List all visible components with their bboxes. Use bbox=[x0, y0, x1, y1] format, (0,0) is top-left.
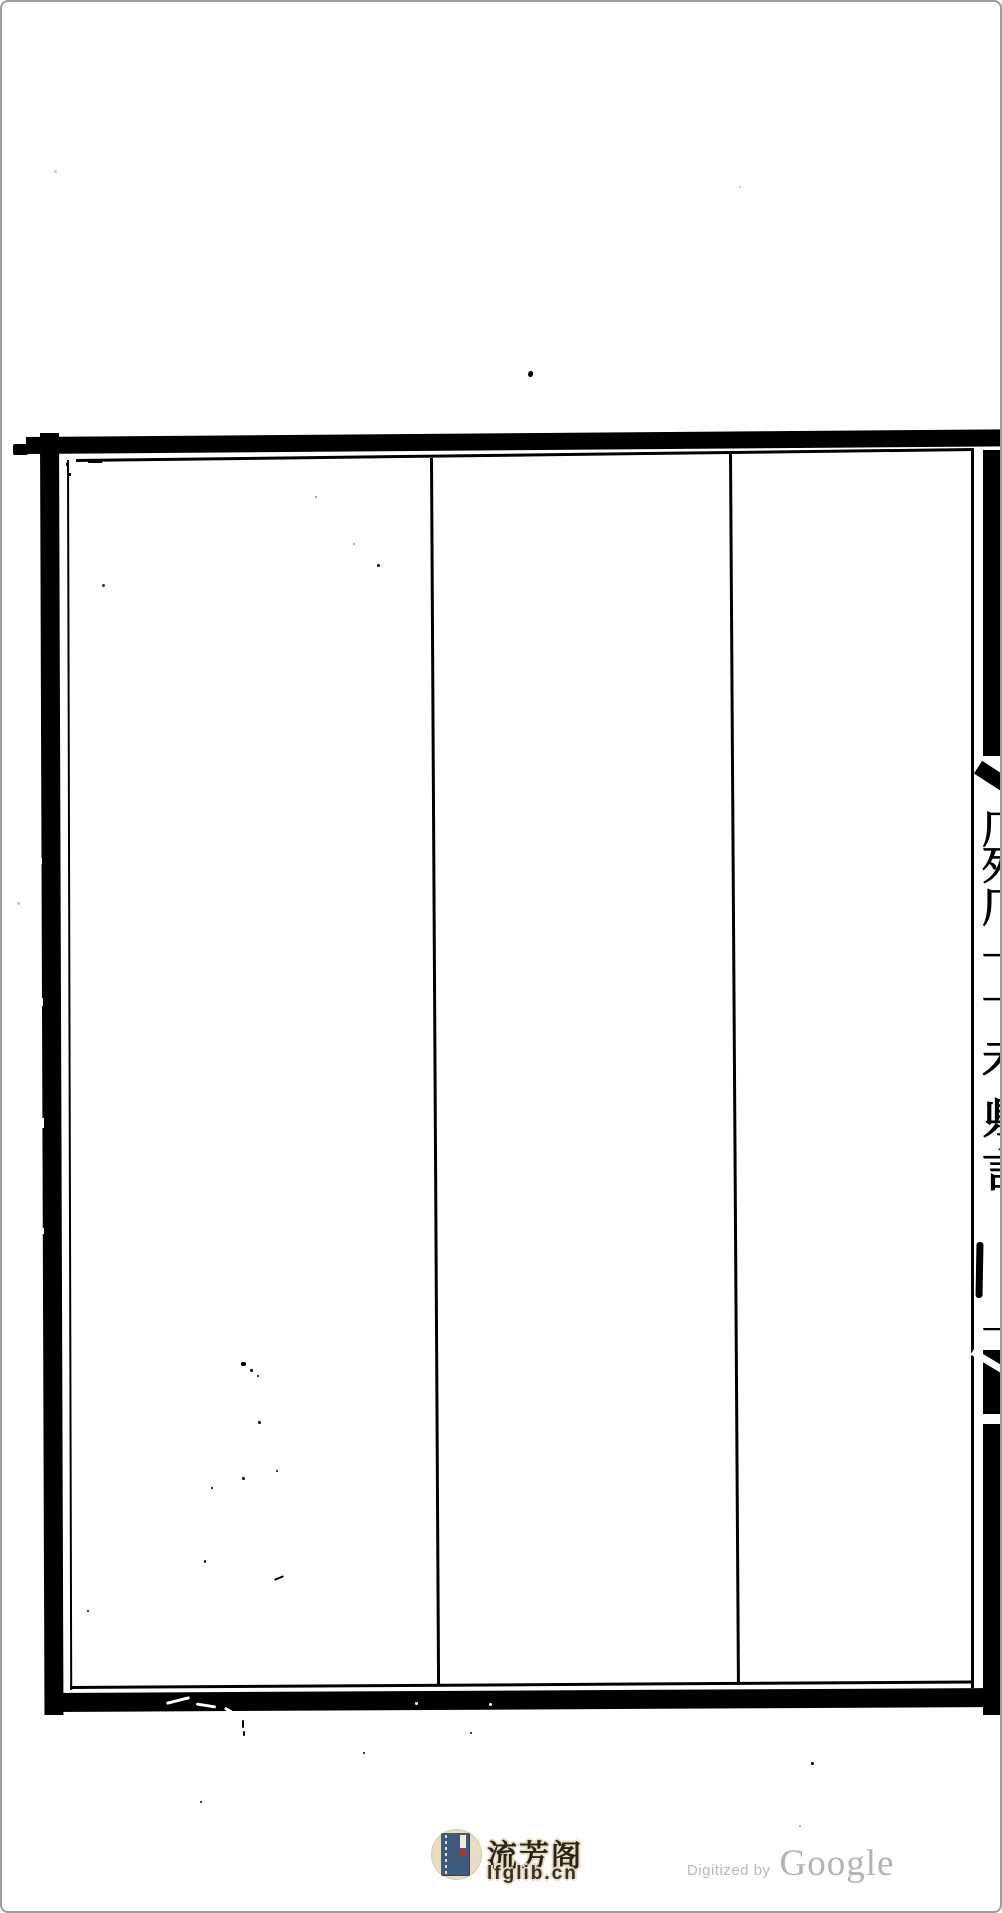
book-stitch-decoration bbox=[445, 1835, 447, 1874]
clipped-glyph: 一 bbox=[982, 1314, 1002, 1350]
dust-speck bbox=[242, 1720, 244, 1728]
ink-dot bbox=[69, 473, 71, 476]
column-divider bbox=[430, 458, 440, 1686]
dust-speck bbox=[102, 584, 105, 587]
watermark-badge-circle bbox=[431, 1829, 482, 1880]
white-notch bbox=[40, 998, 43, 1006]
dust-speck bbox=[54, 170, 57, 173]
white-scratch bbox=[489, 1703, 492, 1706]
frame-bottom-border bbox=[48, 1688, 1002, 1712]
white-notch bbox=[40, 858, 42, 864]
credit-prefix-text: Digitized by bbox=[687, 1862, 771, 1879]
ink-dash bbox=[88, 461, 102, 463]
dust-speck bbox=[200, 1801, 202, 1803]
inner-frame-line-left bbox=[67, 460, 72, 1690]
digitized-by-credit: Digitized by Google bbox=[687, 1845, 894, 1882]
dust-speck bbox=[739, 186, 741, 188]
dust-speck bbox=[276, 1470, 278, 1472]
frame-left-border bbox=[40, 433, 63, 1715]
inner-frame-line-right bbox=[971, 451, 974, 1688]
dust-speck bbox=[363, 1752, 365, 1754]
red-seal-icon bbox=[460, 1850, 466, 1856]
white-notch bbox=[40, 1118, 44, 1128]
inner-frame-line-bottom bbox=[70, 1680, 973, 1689]
ink-smudge bbox=[976, 1242, 984, 1298]
scanned-book-page: 厂 列 厂 一 一 未 県 言 一 bbox=[0, 0, 1002, 1913]
frame-top-left-nub bbox=[13, 444, 28, 455]
right-edge-ink-block-lower bbox=[983, 1424, 1002, 1715]
dust-speck bbox=[250, 1369, 253, 1372]
column-divider bbox=[729, 454, 740, 1684]
clipped-glyph: 未 bbox=[982, 1036, 1002, 1082]
right-edge-ink-wedge-upper bbox=[974, 761, 1002, 794]
dust-speck bbox=[243, 1731, 245, 1736]
book-icon bbox=[441, 1833, 470, 1876]
clipped-glyph: 一 bbox=[982, 940, 1002, 978]
dust-speck bbox=[242, 1477, 245, 1480]
book-title-label bbox=[460, 1835, 466, 1848]
ink-dot bbox=[66, 463, 69, 466]
dust-speck bbox=[204, 1560, 206, 1563]
dust-speck bbox=[799, 1825, 801, 1827]
dust-speck bbox=[241, 1362, 246, 1366]
dust-speck bbox=[257, 1375, 259, 1377]
clipped-character-strip: 厂 列 厂 一 一 未 県 言 一 bbox=[981, 808, 1002, 1356]
dust-speck bbox=[87, 1610, 89, 1612]
dust-speck bbox=[353, 543, 355, 545]
dust-speck bbox=[811, 1762, 814, 1765]
clipped-glyph: 厂 bbox=[982, 888, 1002, 930]
dust-speck bbox=[274, 1575, 284, 1581]
dust-speck bbox=[377, 564, 380, 567]
dust-speck bbox=[528, 371, 533, 377]
right-edge-ink-block-upper bbox=[983, 450, 1002, 756]
white-notch bbox=[41, 1228, 44, 1234]
dust-speck bbox=[470, 1732, 472, 1734]
dust-speck bbox=[315, 496, 317, 498]
dust-speck bbox=[17, 902, 20, 905]
watermark-domain-text: lfglib.cn bbox=[487, 1863, 578, 1885]
scan-edge-border bbox=[0, 0, 1002, 1913]
dust-speck bbox=[211, 1487, 213, 1489]
clipped-glyph: 言 bbox=[982, 1150, 1002, 1194]
google-logo: Google bbox=[780, 1845, 895, 1882]
clipped-glyph: 一 bbox=[982, 984, 1002, 1022]
dust-speck bbox=[258, 1421, 261, 1424]
clipped-glyph: 列 bbox=[982, 846, 1002, 886]
white-scratch bbox=[415, 1702, 418, 1705]
clipped-glyph: 県 bbox=[982, 1098, 1002, 1142]
